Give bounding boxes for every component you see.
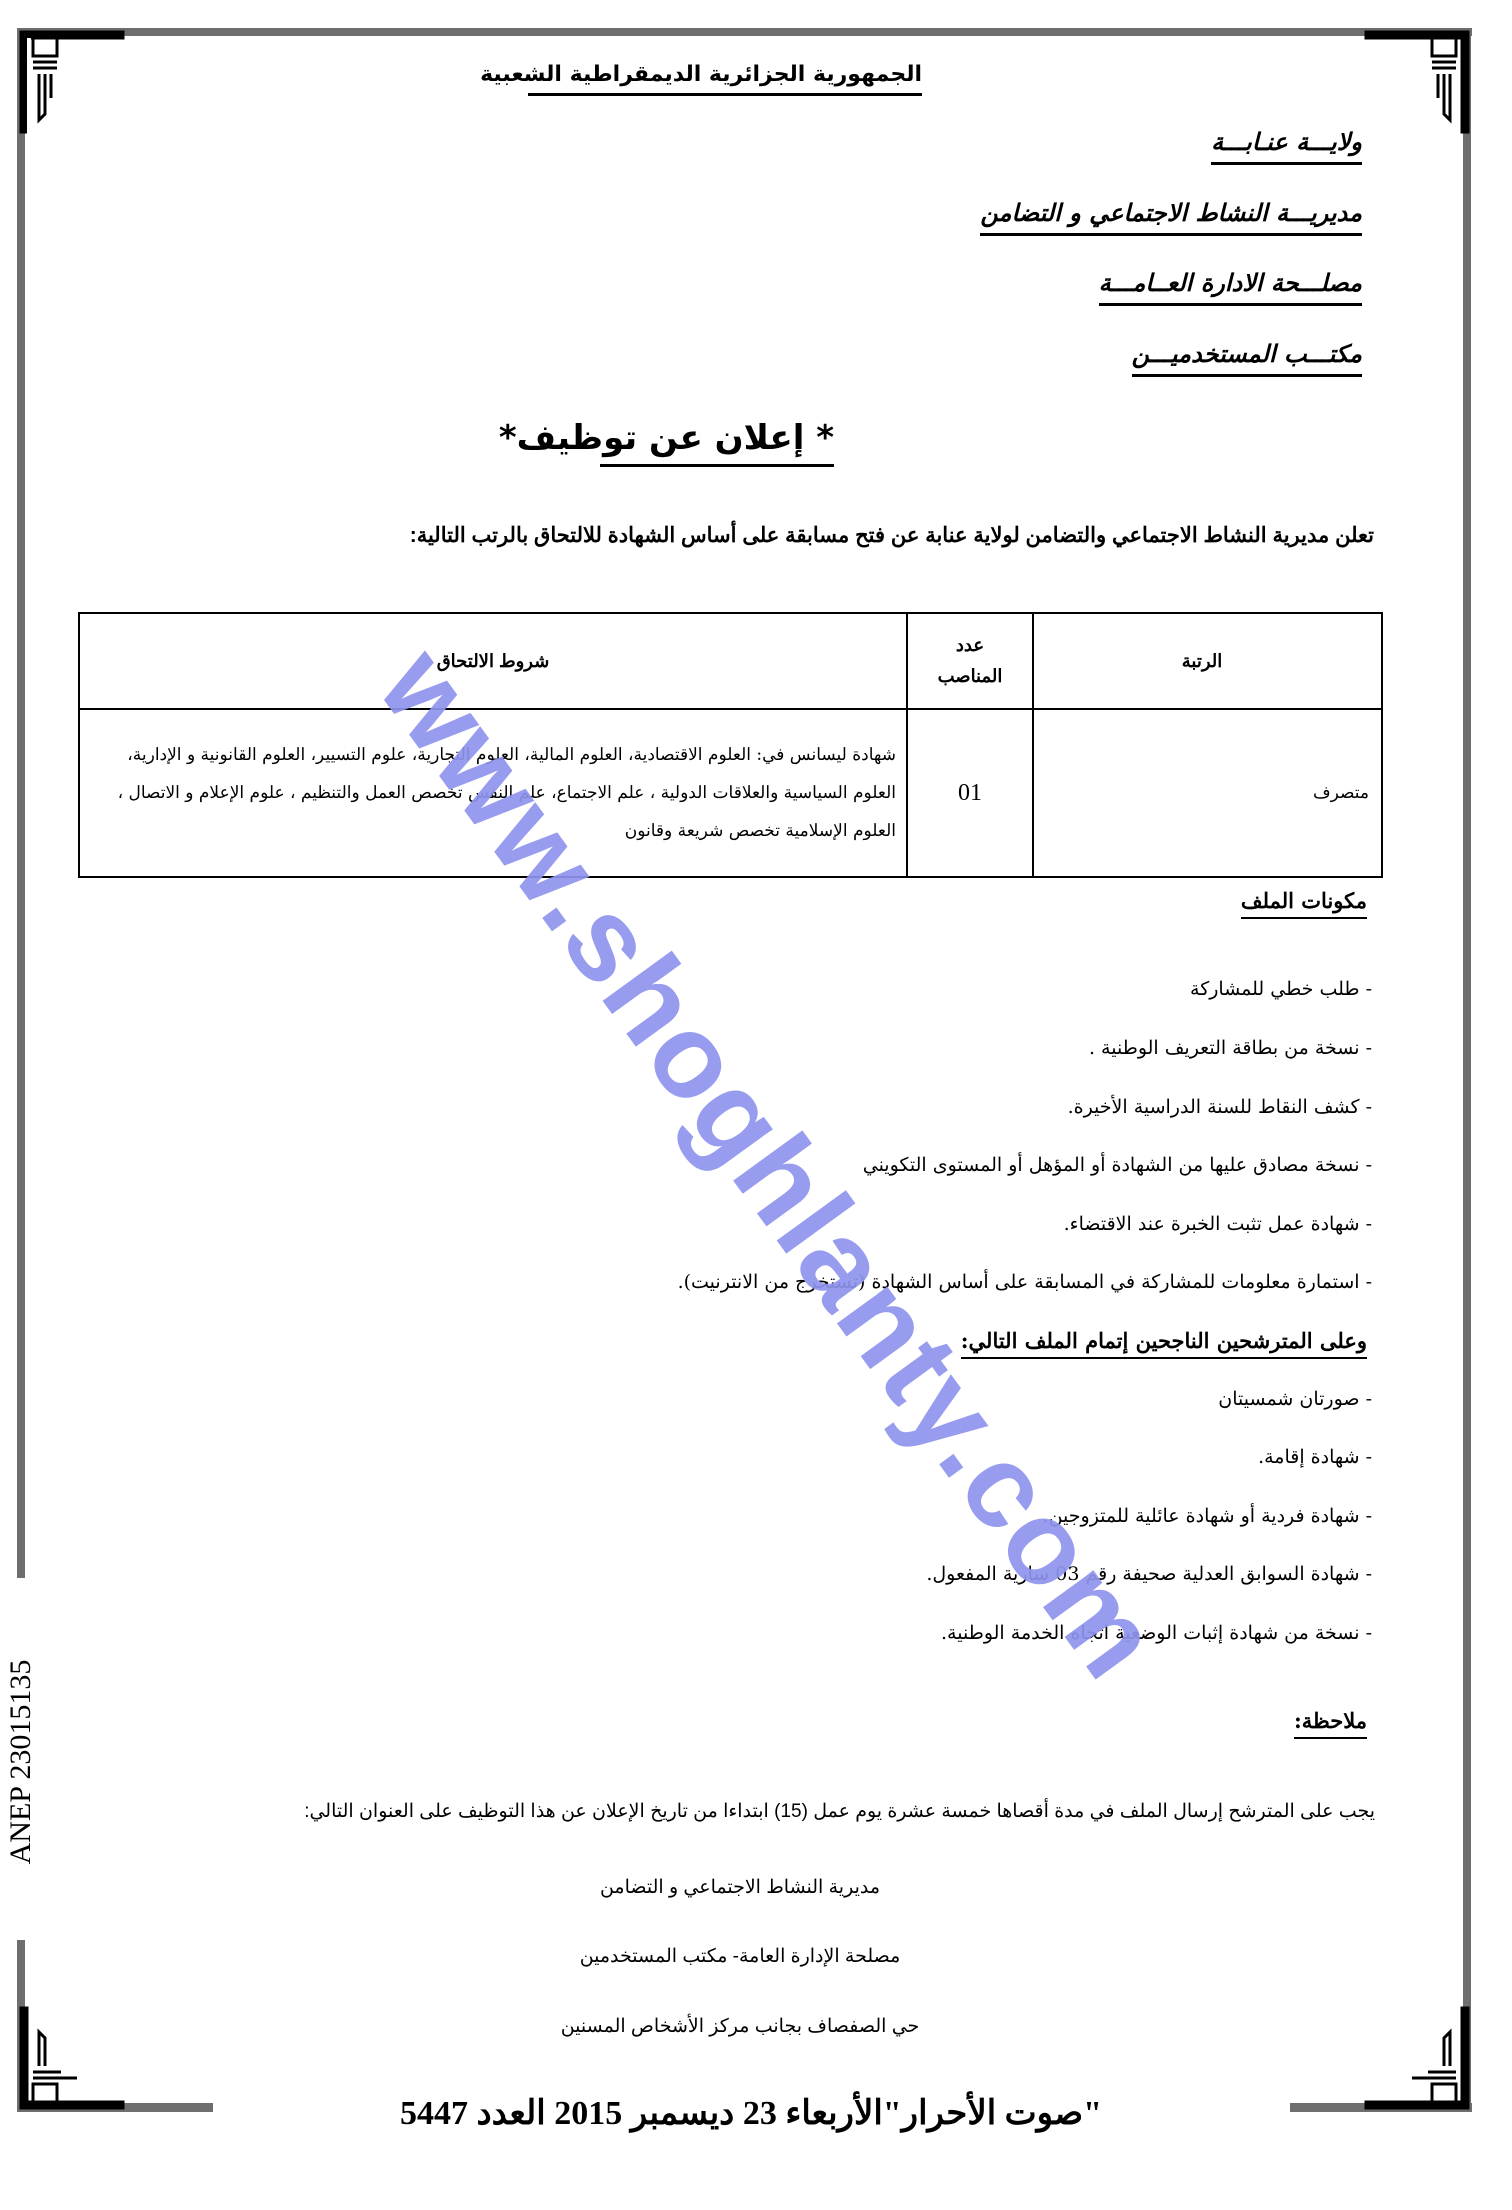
file-components-heading: مكونات الملف (1241, 888, 1367, 919)
list-item: - نسخة من بطاقة التعريف الوطنية . (1089, 1037, 1372, 1059)
header-conditions: شروط الالتحاق (79, 613, 907, 709)
intro-paragraph: تعلن مديرية النشاط الاجتماعي والتضامن لو… (410, 523, 1374, 548)
address-line-3: حي الصفصاف بجانب مركز الأشخاص المسنين (540, 2015, 940, 2038)
cell-rank: متصرف (1033, 709, 1382, 877)
list-item: - شهادة السوابق العدلية صحيفة رقم 03 سار… (926, 1563, 1372, 1585)
list-item: - شهادة إقامة. (1258, 1446, 1372, 1468)
header-count-line2: المناصب (909, 666, 1031, 687)
country-title: الجمهورية الجزائرية الديمقراطية الشعبية (528, 62, 922, 96)
org-wilaya: ولايـــة عنـابـــة (1211, 128, 1362, 165)
corner-ornament-top-left-icon (17, 28, 127, 138)
list-item: - شهادة فردية أو شهادة عائلية للمتزوجين. (1043, 1505, 1372, 1527)
list-item: - شهادة عمل تثبت الخبرة عند الاقتضاء. (1064, 1213, 1372, 1235)
newspaper-footer: "صوت الأحرار"الأربعاء 23 ديسمبر 2015 الع… (322, 2093, 1180, 2133)
list-item: - نسخة مصادق عليها من الشهادة أو المؤهل … (863, 1154, 1372, 1176)
header-count: عدد المناصب (907, 613, 1033, 709)
list-item: - كشف النقاط للسنة الدراسية الأخيرة. (1068, 1096, 1372, 1118)
note-text: يجب على المترشح إرسال الملف في مدة أقصاه… (304, 1800, 1375, 1823)
address-line-1: مديرية النشاط الاجتماعي و التضامن (540, 1876, 940, 1899)
announcement-title: * إعلان عن توظيف* (600, 418, 834, 467)
header-rank: الرتبة (1033, 613, 1382, 709)
list-item: - صورتان شمسيتان (1218, 1388, 1372, 1410)
positions-table: الرتبة عدد المناصب شروط الالتحاق متصرف 0… (78, 612, 1383, 878)
note-heading: ملاحظة: (1294, 1708, 1367, 1739)
list-item: - طلب خطي للمشاركة (1190, 978, 1372, 1000)
table-header-row: الرتبة عدد المناصب شروط الالتحاق (79, 613, 1382, 709)
address-line-2: مصلحة الإدارة العامة- مكتب المستخدمين (540, 1945, 940, 1968)
corner-ornament-bottom-left-icon (17, 2002, 127, 2112)
list-item: - استمارة معلومات للمشاركة في المسابقة ع… (678, 1271, 1372, 1293)
org-office: مكتـــب المستخدميـــن (1132, 340, 1362, 377)
cell-conditions: شهادة ليسانس في: العلوم الاقتصادية، العل… (79, 709, 907, 877)
anep-code: ANEP 23015135 (4, 1617, 38, 1907)
corner-ornament-top-right-icon (1362, 28, 1472, 138)
frame-left-upper (17, 28, 25, 1578)
org-service: مصلـــحة الادارة العــامـــة (1099, 269, 1362, 306)
list-item: - نسخة من شهادة إثبات الوضعية اتجاه الخد… (941, 1622, 1372, 1644)
cell-count: 01 (907, 709, 1033, 877)
table-row: متصرف 01 شهادة ليسانس في: العلوم الاقتصا… (79, 709, 1382, 877)
corner-ornament-bottom-right-icon (1362, 2002, 1472, 2112)
frame-right (1463, 28, 1471, 2112)
frame-top (17, 28, 1472, 36)
header-count-line1: عدد (909, 635, 1031, 656)
successful-candidates-heading: وعلى المترشحين الناجحين إتمام الملف التا… (961, 1328, 1367, 1359)
org-directorate: مديريـــة النشاط الاجتماعي و التضامن (980, 199, 1362, 236)
